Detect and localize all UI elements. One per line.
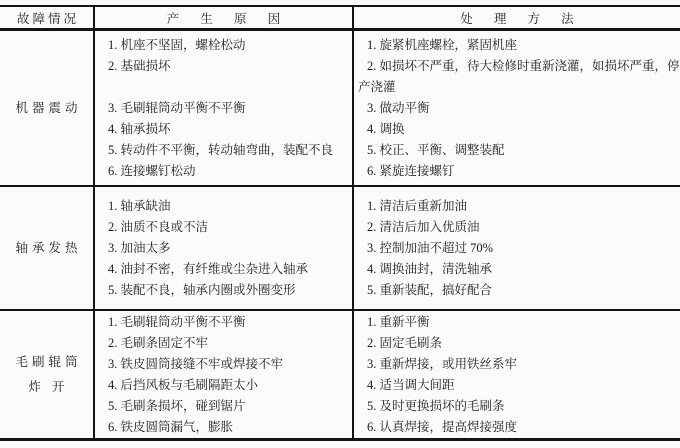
cause-line: 6. 连接螺钉松动: [95, 161, 352, 182]
cause-line: 4. 后挡风板与毛刷隔距太小: [95, 375, 352, 396]
cause-line: 1. 轴承缺油: [95, 196, 352, 217]
cause-line: 2. 毛刷条固定不牢: [95, 333, 352, 354]
fault-label-line: 轴承发热: [11, 236, 81, 261]
header-cause: 产 生 原 因: [93, 7, 352, 28]
fault-troubleshooting-table: 故障情况 产 生 原 因 处 理 方 法 机器震动1. 机座不坚固，螺栓松动2.…: [0, 5, 680, 441]
remedy-line: 1. 旋紧机座螺栓，紧固机座: [354, 35, 680, 56]
remedy-line: 5. 校正、平衡、调整装配: [354, 140, 680, 161]
fault-label-line: 炸 开: [24, 375, 68, 400]
cause-cell: 1. 轴承缺油2. 油质不良或不洁3. 加油太多4. 油封不密，有纤维或尘杂进入…: [93, 187, 352, 309]
cause-line: 6. 铁皮圆筒漏气，膨胀: [95, 417, 352, 438]
cause-line: 5. 转动件不平衡，转动轴弯曲，装配不良: [95, 140, 352, 161]
cause-line: 1. 机座不坚固，螺栓松动: [95, 35, 352, 56]
remedy-cell: 1. 旋紧机座螺栓，紧固机座2. 如损坏不严重，待大检修时重新浇灌，如损坏严重，…: [352, 31, 680, 185]
remedy-line: 1. 清洁后重新加油: [354, 196, 680, 217]
remedy-line: 3. 做动平衡: [354, 98, 680, 119]
remedy-line: 1. 重新平衡: [354, 312, 680, 333]
remedy-line: 2. 固定毛刷条: [354, 333, 680, 354]
remedy-cell: 1. 重新平衡2. 固定毛刷条3. 重新焊接，或用铁丝系牢4. 适当调大间距5.…: [352, 311, 680, 438]
fault-label: 轴承发热: [0, 187, 93, 309]
table-row: 机器震动1. 机座不坚固，螺栓松动2. 基础损坏3. 毛刷辊筒动平衡不平衡4. …: [0, 31, 680, 187]
cause-line: 2. 油质不良或不洁: [95, 217, 352, 238]
table-row: 毛刷辊筒炸 开1. 毛刷辊筒动平衡不平衡2. 毛刷条固定不牢3. 铁皮圆筒接缝不…: [0, 311, 680, 438]
cause-cell: 1. 毛刷辊筒动平衡不平衡2. 毛刷条固定不牢3. 铁皮圆筒接缝不牢或焊接不牢4…: [93, 311, 352, 438]
cause-line: 3. 铁皮圆筒接缝不牢或焊接不牢: [95, 354, 352, 375]
cause-line: 3. 毛刷辊筒动平衡不平衡: [95, 98, 352, 119]
cause-line: 2. 基础损坏: [95, 56, 352, 77]
remedy-line: 5. 重新装配，搞好配合: [354, 280, 680, 301]
cause-cell: 1. 机座不坚固，螺栓松动2. 基础损坏3. 毛刷辊筒动平衡不平衡4. 轴承损坏…: [93, 31, 352, 185]
header-remedy: 处 理 方 法: [352, 7, 680, 28]
table-body: 机器震动1. 机座不坚固，螺栓松动2. 基础损坏3. 毛刷辊筒动平衡不平衡4. …: [0, 31, 680, 438]
remedy-line: 6. 紧旋连接螺钉: [354, 161, 680, 182]
fault-label: 毛刷辊筒炸 开: [0, 311, 93, 438]
cause-line: 5. 装配不良，轴承内圈或外圈变形: [95, 280, 352, 301]
cause-line: [95, 77, 352, 98]
cause-line: 4. 油封不密，有纤维或尘杂进入轴承: [95, 259, 352, 280]
header-fault-situation: 故障情况: [0, 7, 93, 28]
remedy-line: 4. 适当调大间距: [354, 375, 680, 396]
fault-label-line: 毛刷辊筒: [11, 350, 81, 375]
cause-line: 4. 轴承损坏: [95, 119, 352, 140]
remedy-line: 3. 重新焊接，或用铁丝系牢: [354, 354, 680, 375]
remedy-line: 6. 认真焊接，提高焊接强度: [354, 417, 680, 438]
fault-label: 机器震动: [0, 31, 93, 185]
table-header-row: 故障情况 产 生 原 因 处 理 方 法: [0, 7, 680, 31]
table-row: 轴承发热1. 轴承缺油2. 油质不良或不洁3. 加油太多4. 油封不密，有纤维或…: [0, 187, 680, 311]
cause-line: 5. 毛刷条损坏，碰到锯片: [95, 396, 352, 417]
remedy-line: 5. 及时更换损坏的毛刷条: [354, 396, 680, 417]
remedy-line: 2. 清洁后加入优质油: [354, 217, 680, 238]
remedy-line: 3. 控制加油不超过 70%: [354, 238, 680, 259]
cause-line: 1. 毛刷辊筒动平衡不平衡: [95, 312, 352, 333]
remedy-line: 4. 调换油封，清洗轴承: [354, 259, 680, 280]
fault-label-line: 机器震动: [11, 96, 81, 121]
remedy-line: 2. 如损坏不严重，待大检修时重新浇灌，如损坏严重，停: [354, 56, 680, 77]
remedy-cell: 1. 清洁后重新加油2. 清洁后加入优质油3. 控制加油不超过 70%4. 调换…: [352, 187, 680, 309]
cause-line: 3. 加油太多: [95, 238, 352, 259]
remedy-line: 4. 调换: [354, 119, 680, 140]
remedy-line: 产浇灌: [354, 77, 680, 98]
